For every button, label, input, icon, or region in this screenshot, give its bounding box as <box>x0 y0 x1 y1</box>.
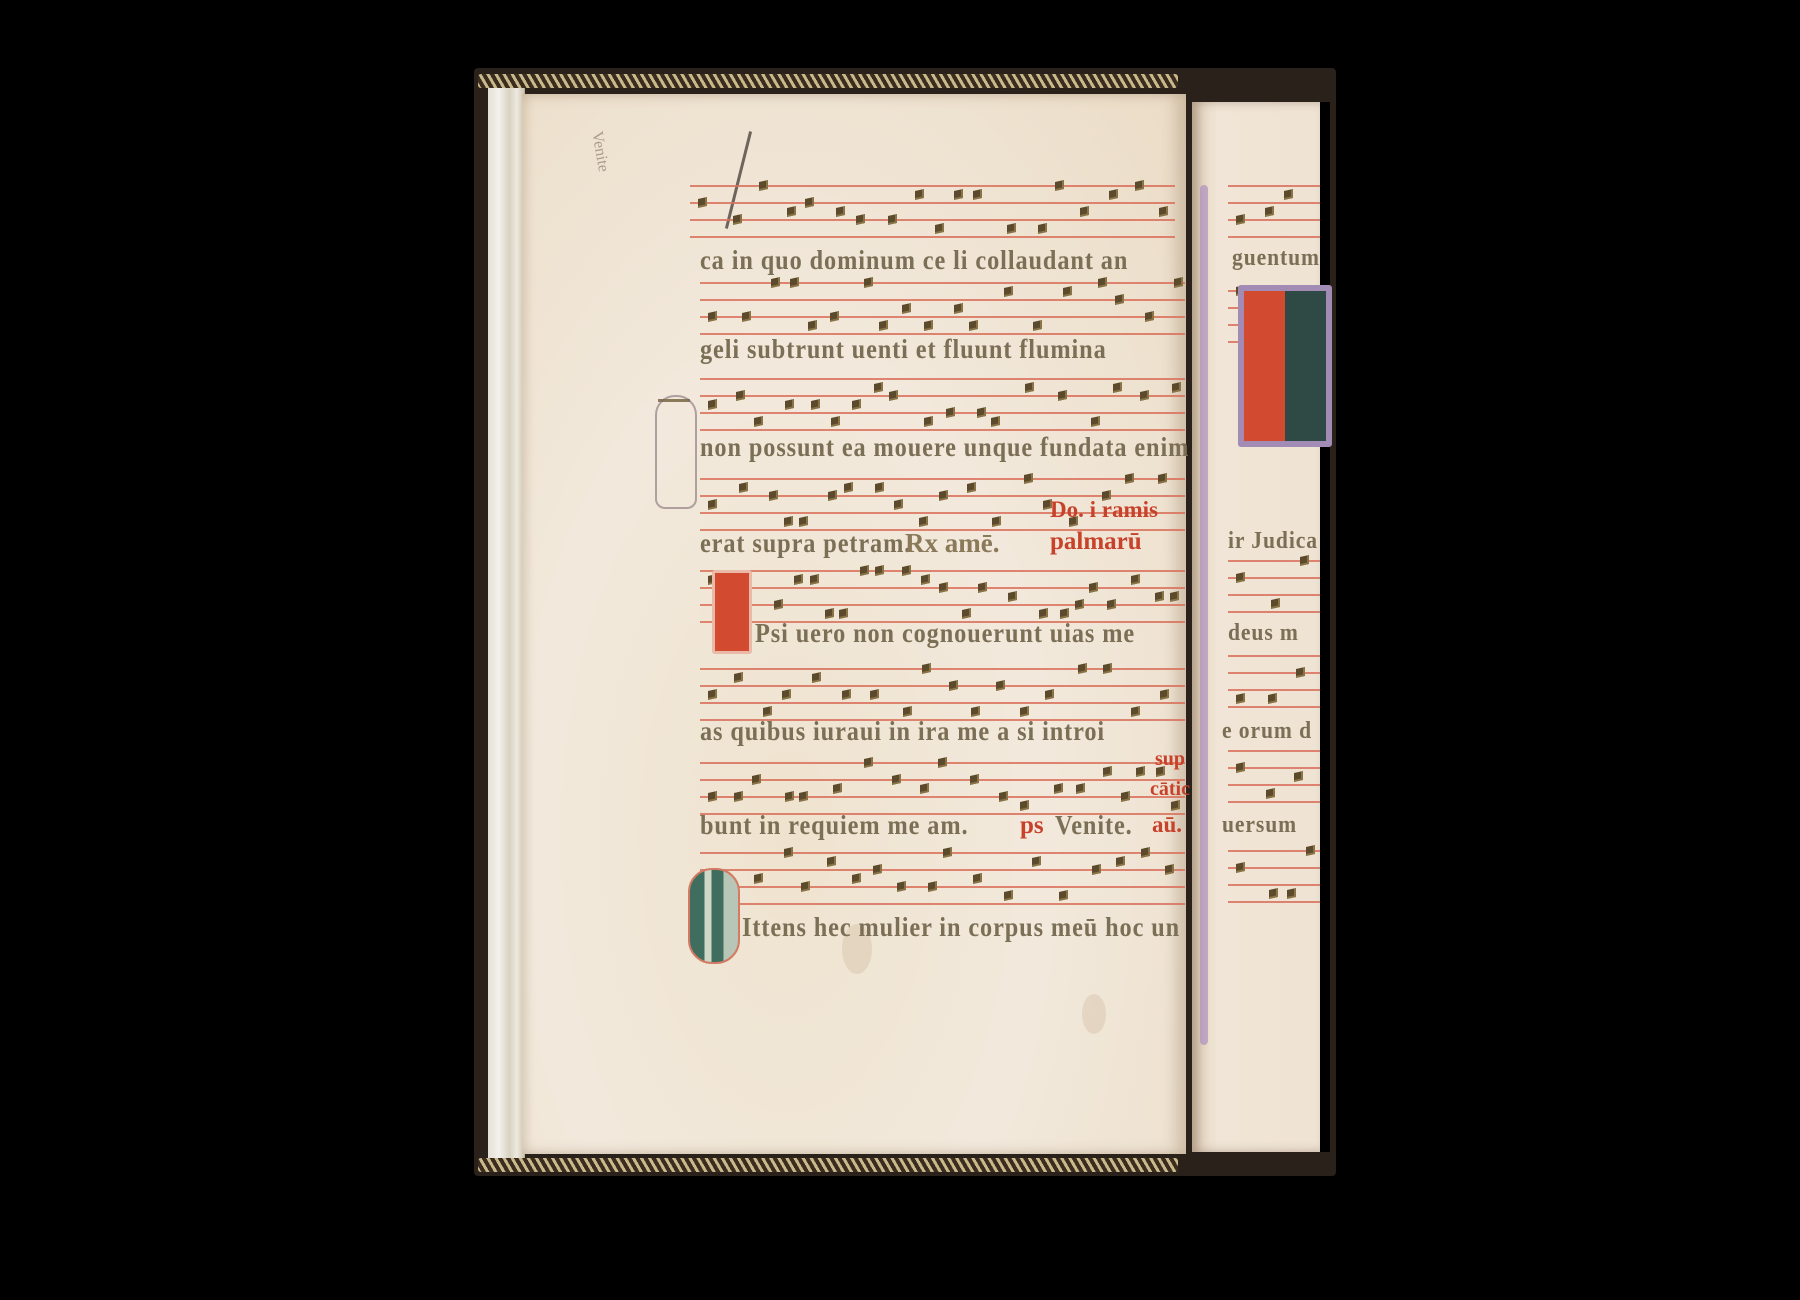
neume <box>1268 693 1277 704</box>
neume <box>852 399 861 410</box>
neume <box>939 490 948 501</box>
neume <box>969 320 978 331</box>
neume <box>1004 286 1013 297</box>
neume <box>852 873 861 884</box>
neume <box>973 873 982 884</box>
gilt-braid-border-top <box>478 74 1178 88</box>
neume <box>897 881 906 892</box>
neume <box>1174 277 1183 288</box>
neume <box>774 599 783 610</box>
neume <box>864 757 873 768</box>
text-line-6: as quibus iuraui in ira me a si introi <box>700 716 1105 747</box>
neume <box>875 565 884 576</box>
neume <box>1063 286 1072 297</box>
neume <box>915 189 924 200</box>
neume <box>1236 862 1245 873</box>
neume <box>1136 766 1145 777</box>
neume <box>1271 598 1280 609</box>
neume <box>1109 189 1118 200</box>
neume <box>1075 599 1084 610</box>
neume <box>922 663 931 674</box>
text-line-4: erat supra petram. <box>700 528 911 559</box>
neume <box>939 582 948 593</box>
neume <box>1172 382 1181 393</box>
neume <box>1171 800 1180 811</box>
neume <box>794 574 803 585</box>
neume <box>1103 663 1112 674</box>
neume <box>938 757 947 768</box>
neume <box>752 774 761 785</box>
neume <box>708 499 717 510</box>
neume <box>919 516 928 527</box>
neume <box>830 311 839 322</box>
neume <box>734 791 743 802</box>
response-mark: Rx amē. <box>905 528 999 559</box>
music-staff-left-8 <box>700 852 1185 906</box>
neume <box>1092 864 1101 875</box>
music-staff-right-5 <box>1228 750 1320 804</box>
neume <box>1039 608 1048 619</box>
large-decorated-initial <box>1238 285 1332 447</box>
neume <box>1055 180 1064 191</box>
neume <box>1032 856 1041 867</box>
neume <box>1089 582 1098 593</box>
neume <box>1306 845 1315 856</box>
neume <box>1045 689 1054 700</box>
neume <box>949 680 958 691</box>
neume <box>943 847 952 858</box>
neume <box>759 180 768 191</box>
neume <box>1158 473 1167 484</box>
right-fragment-1: guentum <box>1232 245 1320 272</box>
neume <box>708 791 717 802</box>
rubric-antiphon: aū. <box>1152 812 1182 838</box>
text-line-8: Ittens hec mulier in corpus meū hoc un <box>742 912 1180 943</box>
neume <box>879 320 888 331</box>
neume <box>1076 783 1085 794</box>
neume <box>973 189 982 200</box>
neume <box>799 516 808 527</box>
rubric-palmarum: palmarū <box>1050 528 1142 556</box>
neume <box>842 689 851 700</box>
neume <box>782 689 791 700</box>
neume <box>875 482 884 493</box>
neume <box>873 864 882 875</box>
neume <box>844 482 853 493</box>
neume <box>954 189 963 200</box>
neume <box>1141 847 1150 858</box>
music-staff-left-1 <box>690 185 1175 239</box>
decorated-initial-m <box>688 868 740 964</box>
neume <box>1024 473 1033 484</box>
neume <box>978 582 987 593</box>
neume <box>1007 223 1016 234</box>
rubric-dominica: Do. i ramis <box>1050 497 1158 523</box>
neume <box>954 303 963 314</box>
neume <box>1131 706 1140 717</box>
music-staff-left-7 <box>700 762 1185 816</box>
neume <box>1103 766 1112 777</box>
neume <box>1296 667 1305 678</box>
neume <box>1265 206 1274 217</box>
right-fragment-5: uersum <box>1222 812 1297 839</box>
neume <box>734 672 743 683</box>
rubric-cantic: cātic <box>1150 778 1190 801</box>
text-line-1: ca in quo dominum ce li collaudant an <box>700 245 1128 276</box>
neume <box>1236 693 1245 704</box>
neume <box>977 407 986 418</box>
neume <box>1008 591 1017 602</box>
neume <box>1116 856 1125 867</box>
neume <box>1098 277 1107 288</box>
neume <box>785 791 794 802</box>
neume <box>864 277 873 288</box>
neume <box>902 303 911 314</box>
decorated-initial-n <box>712 570 752 654</box>
neume <box>1236 762 1245 773</box>
text-line-7: bunt in requiem me am. <box>700 810 968 841</box>
neume <box>860 565 869 576</box>
neume <box>801 881 810 892</box>
neume <box>833 783 842 794</box>
neume <box>828 490 837 501</box>
neume <box>1159 206 1168 217</box>
neume <box>1080 206 1089 217</box>
neume <box>1004 890 1013 901</box>
neume <box>769 490 778 501</box>
neume <box>935 223 944 234</box>
text-line-5: Psi uero non cognouerunt uias me <box>755 618 1135 649</box>
neume <box>812 672 821 683</box>
neume <box>1020 706 1029 717</box>
text-line-2: geli subtrunt uenti et fluunt flumina <box>700 334 1107 365</box>
neume <box>810 574 819 585</box>
neume <box>1033 320 1042 331</box>
neume <box>902 565 911 576</box>
neume <box>1269 888 1278 899</box>
neume <box>1160 689 1169 700</box>
neume <box>894 499 903 510</box>
neume <box>1140 390 1149 401</box>
neume <box>999 791 1008 802</box>
neume <box>1131 574 1140 585</box>
neume <box>736 390 745 401</box>
crop-edge <box>1320 102 1330 1152</box>
neume <box>856 214 865 225</box>
neume <box>870 689 879 700</box>
neume <box>784 516 793 527</box>
neume <box>921 574 930 585</box>
neume <box>888 214 897 225</box>
neume <box>1020 800 1029 811</box>
neume <box>1135 180 1144 191</box>
neume <box>771 277 780 288</box>
neume <box>924 416 933 427</box>
right-fragment-4: e orum d <box>1222 718 1312 745</box>
neume <box>970 774 979 785</box>
neume <box>903 706 912 717</box>
neume <box>742 311 751 322</box>
text-venite: Venite. <box>1055 810 1133 841</box>
neume <box>1113 382 1122 393</box>
neume <box>836 206 845 217</box>
neume <box>1300 555 1309 566</box>
neume <box>790 277 799 288</box>
neume <box>808 320 817 331</box>
neume <box>1170 591 1179 602</box>
page-edges <box>488 88 525 1158</box>
neume <box>831 416 840 427</box>
right-fragment-3: deus m <box>1228 620 1299 647</box>
neume <box>1059 890 1068 901</box>
neume <box>928 881 937 892</box>
neume <box>1236 572 1245 583</box>
neume <box>799 791 808 802</box>
neume <box>996 680 1005 691</box>
neume <box>763 706 772 717</box>
rubric-sup: sup <box>1155 748 1185 771</box>
music-staff-right-1 <box>1228 185 1320 239</box>
neume <box>971 706 980 717</box>
right-fragment-2: ir Judica <box>1228 528 1318 555</box>
neume <box>1054 783 1063 794</box>
neume <box>1121 791 1130 802</box>
neume <box>1125 473 1134 484</box>
neume <box>787 206 796 217</box>
neume <box>739 482 748 493</box>
music-staff-right-6 <box>1228 850 1320 904</box>
music-staff-left-2 <box>700 282 1185 336</box>
neume <box>920 783 929 794</box>
neume <box>811 399 820 410</box>
neume <box>827 856 836 867</box>
neume <box>1287 888 1296 899</box>
neume <box>924 320 933 331</box>
neume <box>1107 599 1116 610</box>
neume <box>805 197 814 208</box>
neume <box>1236 214 1245 225</box>
neume <box>874 382 883 393</box>
gilt-braid-border-bottom <box>478 1158 1178 1172</box>
neume <box>1091 416 1100 427</box>
text-line-3: non possunt ea mouere unque fundata enim <box>700 432 1189 463</box>
neume <box>839 608 848 619</box>
neume <box>946 407 955 418</box>
neume <box>1145 311 1154 322</box>
neume <box>784 847 793 858</box>
neume <box>1155 591 1164 602</box>
neume <box>1060 608 1069 619</box>
neume <box>992 516 1001 527</box>
neume <box>1058 390 1067 401</box>
neume <box>708 689 717 700</box>
music-staff-right-3 <box>1228 560 1320 614</box>
neume <box>785 399 794 410</box>
neume <box>825 608 834 619</box>
rubric-ps: ps <box>1020 812 1044 840</box>
neume <box>754 416 763 427</box>
neume <box>754 873 763 884</box>
music-staff-right-4 <box>1228 655 1320 709</box>
music-staff-left-6 <box>700 668 1185 722</box>
neume <box>962 608 971 619</box>
neume <box>1025 382 1034 393</box>
neume <box>1038 223 1047 234</box>
marginal-grotesque-face <box>655 395 697 509</box>
penwork-border <box>1200 185 1208 1045</box>
music-staff-left-3 <box>700 378 1185 432</box>
neume <box>1078 663 1087 674</box>
neume <box>708 311 717 322</box>
neume <box>1294 771 1303 782</box>
neume <box>1284 189 1293 200</box>
neume <box>991 416 1000 427</box>
neume <box>698 197 707 208</box>
neume <box>708 399 717 410</box>
neume <box>892 774 901 785</box>
neume <box>1165 864 1174 875</box>
music-staff-left-5 <box>700 570 1185 624</box>
neume <box>889 390 898 401</box>
neume <box>967 482 976 493</box>
neume <box>1266 788 1275 799</box>
neume <box>1115 294 1124 305</box>
stain <box>1082 994 1106 1034</box>
neume <box>733 214 742 225</box>
